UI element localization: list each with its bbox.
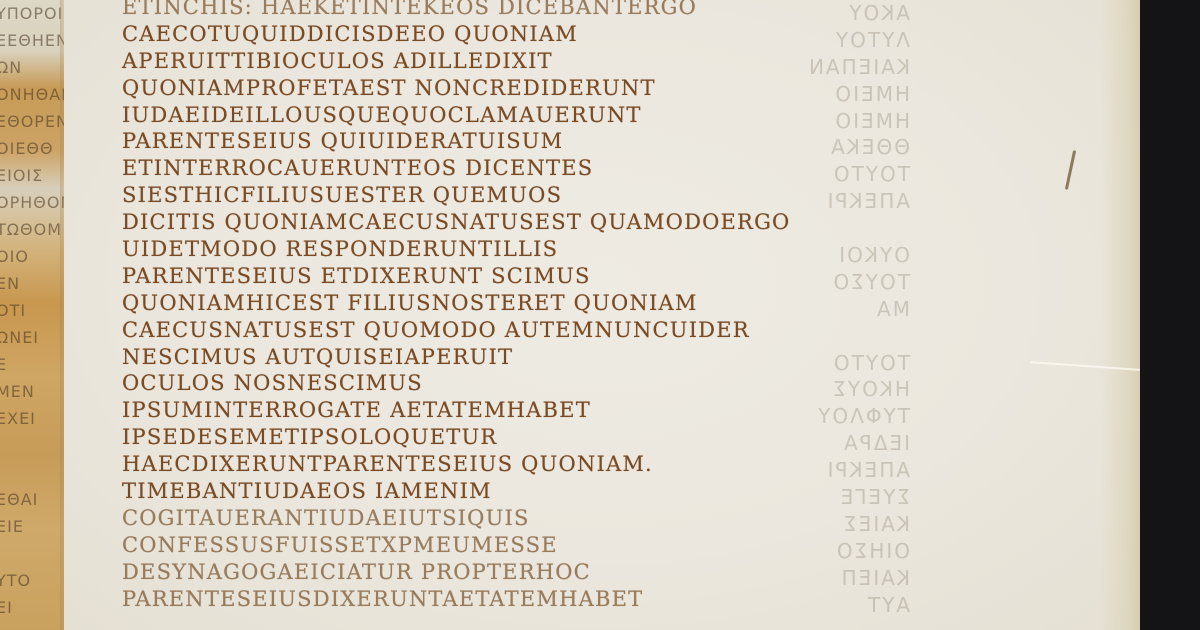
left-leaf-ghost-line: ΥΤΟ [0,571,31,590]
left-leaf-ghost-line: ΟΤΙ [0,301,26,320]
manuscript-viewer: ΥΠΟΡΟΙΕΕΘΗΕΝΩΝΟΝΗΘΑΝΕΘΟΡΕΝΟΙΕΘΘΕΙΟΙΣΟΡΗΘ… [0,0,1200,630]
left-leaf-ghost-line: ΤΩΘΟΜ [0,220,62,239]
text-line: COGITAUERANTIUDAEIUTSIQUIS [122,505,902,532]
text-line: UIDETMODO RESPONDERUNTILLIS [122,236,902,263]
adjacent-leaf-edge: ΥΠΟΡΟΙΕΕΘΗΕΝΩΝΟΝΗΘΑΝΕΘΟΡΕΝΟΙΕΘΘΕΙΟΙΣΟΡΗΘ… [0,0,64,630]
scan-background [1140,0,1200,630]
text-line: CONFESSUSFUISSETXPMEUMESSE [122,532,902,559]
text-line: DESYNAGOGAEICIATUR PROPTERHOC [122,559,902,586]
text-line: SIESTHICFILIUSUESTER QUEMUOS [122,182,902,209]
text-line: PARENTESEIUS QUIUIDERATUISUM [122,128,902,155]
left-leaf-ghost-line: ΕΙΕ [0,517,24,536]
left-leaf-ghost-line: ΕΙ [0,598,13,617]
text-line: NESCIMUS AUTQUISEIAPERUIT [122,344,902,371]
uncial-text-column: ETINCHIS: HAEKETINTEKEOS DICEBANTERGOCAE… [122,0,902,612]
left-leaf-ghost-line: Ε [0,355,7,374]
left-leaf-ghost-line: ΟΡΗΘΟΜ [0,193,64,212]
text-line: DICITIS QUONIAMCAECUSNATUSEST QUAMODOERG… [122,209,902,236]
left-leaf-ghost-line: ΕΘΟΡΕΝ [0,112,64,131]
text-line: ETINTERROCAUERUNTEOS DICENTES [122,155,902,182]
text-line: PARENTESEIUSDIXERUNTAETATEMHABET [122,586,902,613]
left-leaf-ghost-line: ΕΝ [0,274,20,293]
text-line: PARENTESEIUS ETDIXERUNT SCIMUS [122,263,902,290]
left-leaf-ghost-line: ΟΙΟ [0,247,29,266]
water-stain-right [1100,0,1142,630]
left-leaf-ghost-line: ΕΧΕΙ [0,409,36,428]
left-leaf-ghost-line: ΕΙΟΙΣ [0,166,43,185]
left-leaf-ghost-line: ΥΠΟΡΟΙ [0,4,63,23]
text-line: TIMEBANTIUDAEOS IAMENIM [122,478,902,505]
text-line: IPSUMINTERROGATE AETATEMHABET [122,397,902,424]
text-line: QUONIAMHICEST FILIUSNOSTERET QUONIAM [122,290,902,317]
left-leaf-ghost-line: ΟΝΗΘΑΝ [0,85,64,104]
left-leaf-ghost-line: ΟΙΕΘΘ [0,139,54,158]
left-leaf-ghost-line: ΕΕΘΗΕΝ [0,31,64,50]
left-leaf-ghost-line: ΕΘΑΙ [0,490,38,509]
text-line: APERUITTIBIOCULOS ADILLEDIXIT [122,48,902,75]
text-line: IUDAEIDEILLOUSQUEQUOCLAMAUERUNT [122,102,902,129]
text-line: CAECOTUQUIDDICISDEEO QUONIAM [122,21,902,48]
left-leaf-ghost-line: ΩΝΕΙ [0,328,39,347]
text-line: OCULOS NOSNESCIMUS [122,370,902,397]
text-line: QUONIAMPROFETAEST NONCREDIDERUNT [122,75,902,102]
text-line: ETINCHIS: HAEKETINTEKEOS DICEBANTERGO [122,0,902,21]
left-leaf-ghost-line: ΜΕΝ [0,382,35,401]
text-line: HAECDIXERUNTPARENTESEIUS QUONIAM. [122,451,902,478]
left-leaf-ghost-line: ΩΝ [0,58,22,77]
text-line: IPSEDESEMETIPSOLOQUETUR [122,424,902,451]
text-line: CAECUSNATUSEST QUOMODO AUTEMNUNCUIDER [122,317,902,344]
